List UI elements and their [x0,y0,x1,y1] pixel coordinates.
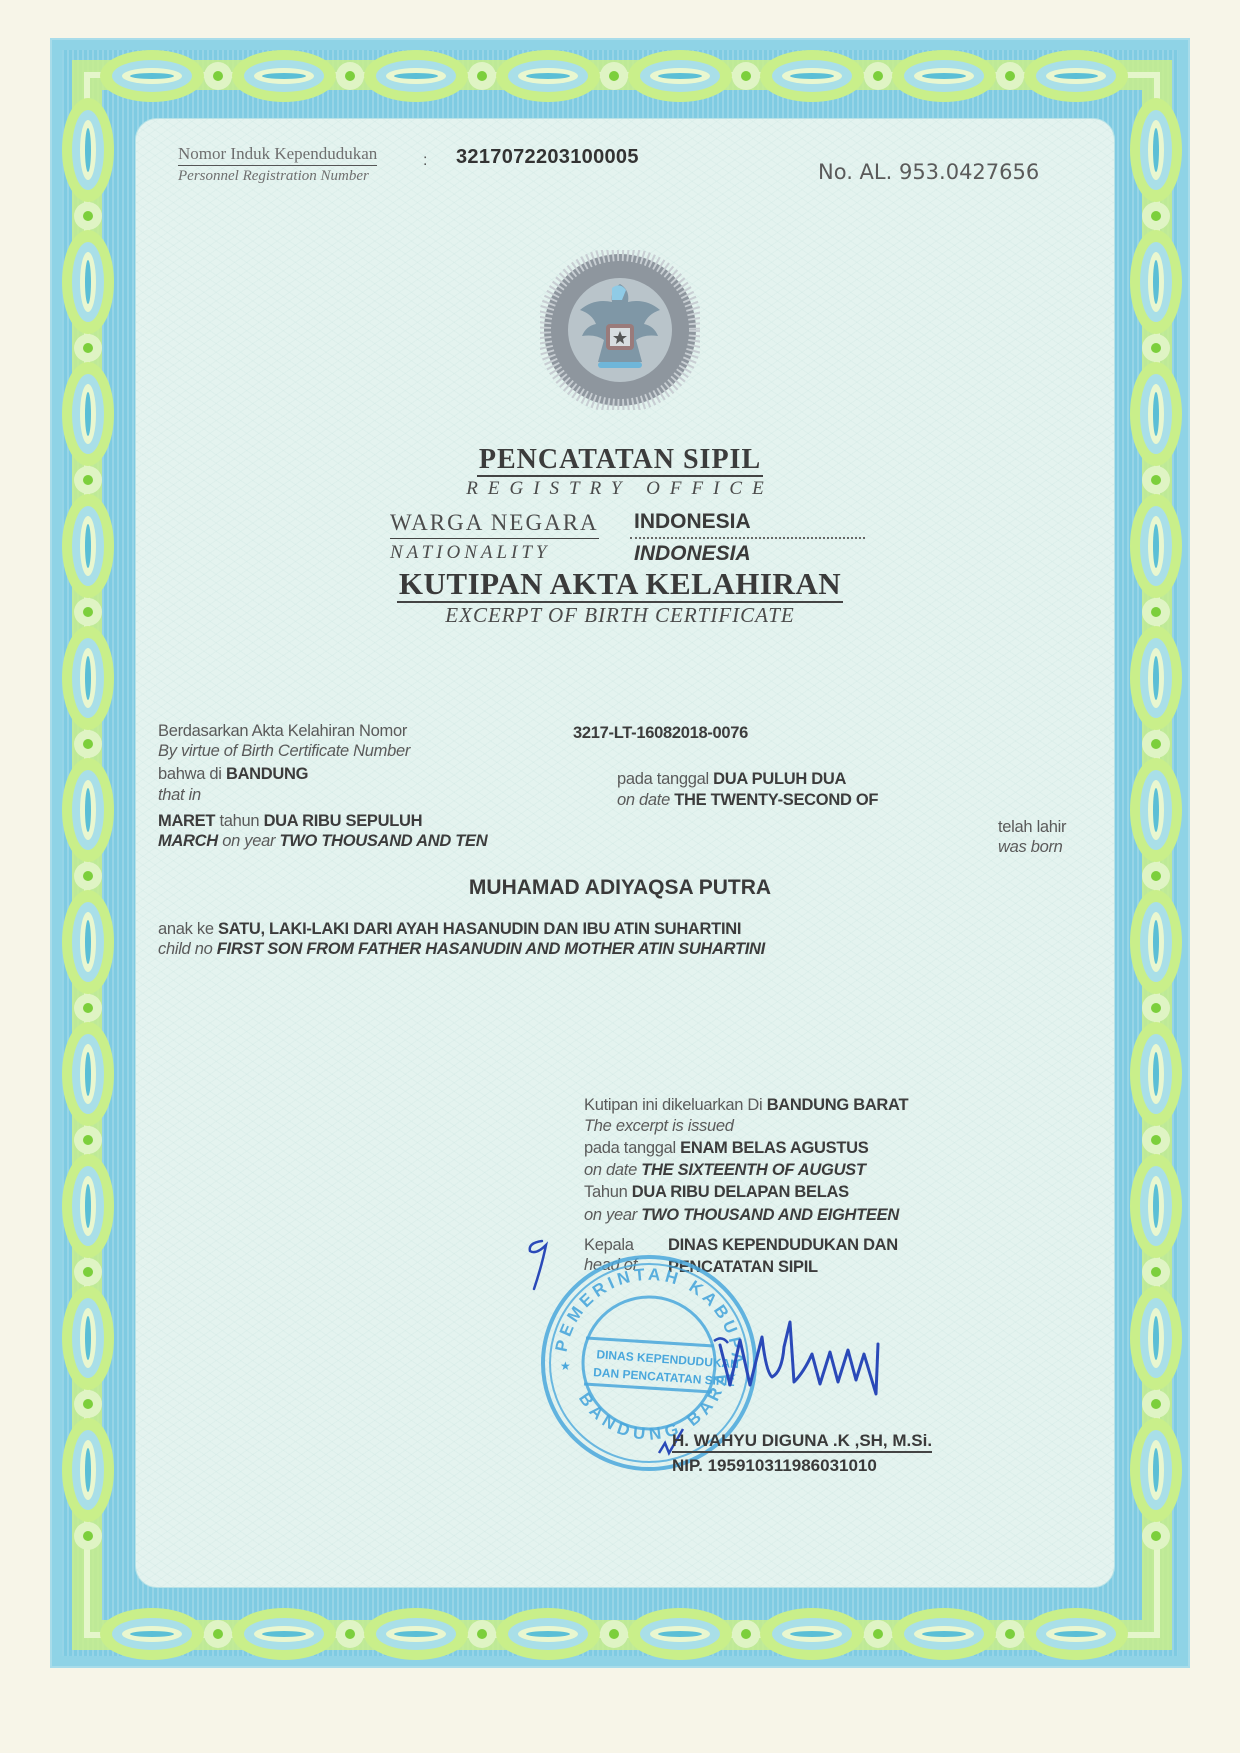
issued-date-line-en: on date THE SIXTEENTH OF AUGUST [584,1161,866,1180]
issued-date-label: pada tanggal [584,1139,676,1157]
issued-year-value-en: TWO THOUSAND AND EIGHTEEN [641,1206,899,1224]
child-order-label: anak ke [158,920,214,938]
garuda-emblem-icon [540,250,700,410]
cert-number-label: Berdasarkan Akta Kelahiran Nomor [158,722,407,741]
child-order-label-en: child no [158,940,212,958]
birth-month-year-line-en: MARCH on year TWO THOUSAND AND TEN [158,832,487,851]
nationality-value-en: INDONESIA [634,542,751,566]
issued-year-value: DUA RIBU DELAPAN BELAS [632,1183,849,1201]
birth-date-value-en: THE TWENTY-SECOND OF [674,791,878,809]
nik-value: 3217072203100005 [456,146,639,169]
birth-year-value-en: TWO THOUSAND AND TEN [279,832,487,850]
office-title: PENCATATAN SIPIL [0,444,1240,476]
signer-name: H. WAHYU DIGUNA .K ,SH, M.Si. [672,1431,932,1453]
issued-date-line: pada tanggal ENAM BELAS AGUSTUS [584,1139,868,1158]
issued-year-label: Tahun [584,1183,627,1201]
birth-month-en: MARCH [158,832,218,850]
document-title-text: KUTIPAN AKTA KELAHIRAN [397,566,843,603]
birth-month-year-line: MARET tahun DUA RIBU SEPULUH [158,812,422,831]
birth-place: BANDUNG [226,765,308,783]
issued-year-line-en: on year TWO THOUSAND AND EIGHTEEN [584,1206,899,1225]
issued-label-en: The excerpt is issued [584,1117,734,1136]
child-order-line-en: child no FIRST SON FROM FATHER HASANUDIN… [158,940,765,959]
document-title: KUTIPAN AKTA KELAHIRAN [0,566,1240,602]
nationality-label-en: NATIONALITY [390,542,599,564]
signer-nip: NIP. 195910311986031010 [672,1456,877,1476]
office-title-text: PENCATATAN SIPIL [477,444,763,477]
place-label: bahwa di [158,765,222,783]
issued-date-value-en: THE SIXTEENTH OF AUGUST [641,1161,865,1179]
issued-place-line: Kutipan ini dikeluarkan Di BANDUNG BARAT [584,1096,908,1115]
cert-number-label-en: By virtue of Birth Certificate Number [158,742,410,761]
place-line: bahwa di BANDUNG [158,765,308,784]
document-title-en: EXCERPT OF BIRTH CERTIFICATE [0,603,1240,628]
initial-mark-icon [520,1235,560,1295]
office-title-en: REGISTRY OFFICE [0,478,1240,500]
serial-number: No. AL. 953.0427656 [818,160,1039,184]
nik-colon: : [423,152,427,170]
place-label-en: that in [158,786,201,805]
birth-month: MARET [158,812,215,830]
birth-year-label-en: on year [222,832,275,850]
issued-label: Kutipan ini dikeluarkan Di [584,1096,762,1114]
signature-icon [700,1305,930,1405]
nationality-label-block: WARGA NEGARA NATIONALITY [390,510,599,564]
issued-date-label-en: on date [584,1161,637,1179]
child-order-value-en: FIRST SON FROM FATHER HASANUDIN AND MOTH… [217,940,765,958]
issued-year-label-en: on year [584,1206,637,1224]
birth-year-label: tahun [219,812,259,830]
child-name: MUHAMAD ADIYAQSA PUTRA [0,876,1240,900]
nik-label-en: Personnel Registration Number [178,168,377,185]
birth-date-line-en: on date THE TWENTY-SECOND OF [617,791,878,810]
issued-place: BANDUNG BARAT [767,1096,909,1114]
birth-date-label-en: on date [617,791,670,809]
birth-date-value: DUA PULUH DUA [713,770,846,788]
issued-year-line: Tahun DUA RIBU DELAPAN BELAS [584,1183,849,1202]
cert-number: 3217-LT-16082018-0076 [573,724,748,743]
child-order-value: SATU, LAKI-LAKI DARI AYAH HASANUDIN DAN … [218,920,741,938]
birth-year-value: DUA RIBU SEPULUH [264,812,423,830]
issued-date-value: ENAM BELAS AGUSTUS [680,1139,868,1157]
birth-date-label: pada tanggal [617,770,709,788]
svg-text:★: ★ [560,1359,571,1373]
nationality-value: INDONESIA [634,510,751,534]
nationality-label: WARGA NEGARA [390,510,599,539]
born-label: telah lahir [998,818,1066,837]
nationality-dotted-line [630,537,865,539]
nik-label: Nomor Induk Kependudukan [178,144,377,166]
birth-date-line: pada tanggal DUA PULUH DUA [617,770,846,789]
child-order-line: anak ke SATU, LAKI-LAKI DARI AYAH HASANU… [158,920,741,939]
nik-label-block: Nomor Induk Kependudukan Personnel Regis… [178,144,377,185]
born-label-en: was born [998,838,1063,857]
